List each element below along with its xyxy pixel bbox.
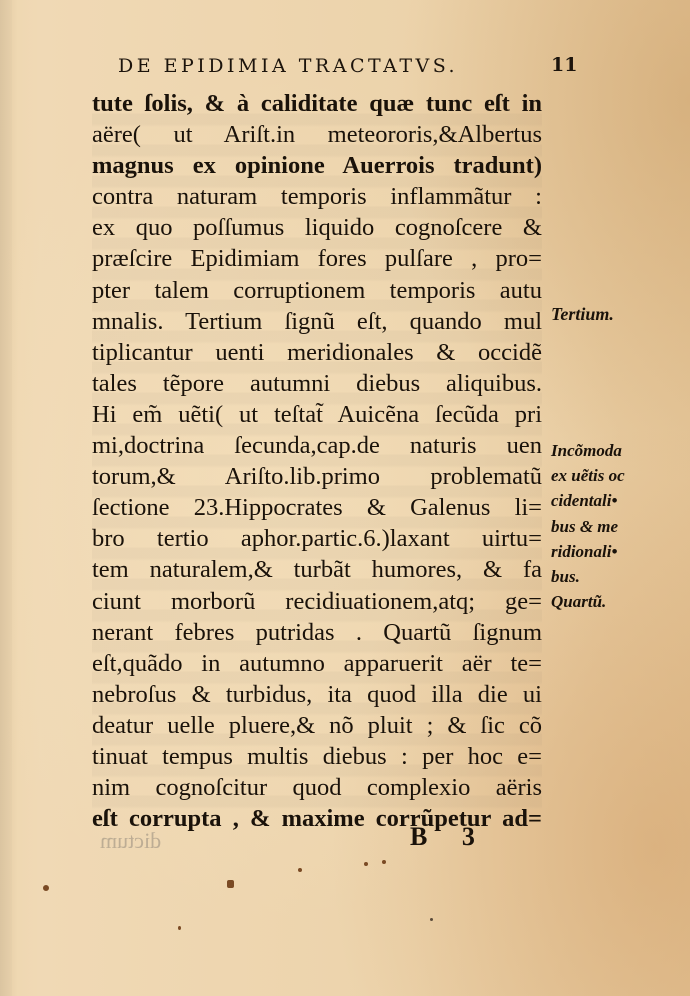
margin-note-line: bus & me	[551, 514, 625, 539]
text-line: Hi em̃ uẽti( ut teſtat̃ Auicẽna ſecũda p…	[92, 399, 542, 430]
text-line: magnus ex opinione Auerrois tradunt)	[92, 150, 542, 181]
margin-note-incommoda: Incõmoda ex uẽtis oc cidentali• bus & me…	[551, 438, 625, 614]
text-line: ex quo poſſumus liquido cognoſcere &	[92, 212, 542, 243]
foxing-spot	[364, 862, 368, 866]
page-number: 11	[551, 54, 577, 76]
margin-note-line: Incõmoda	[551, 438, 625, 463]
margin-note-tertium: Tertium.	[551, 304, 614, 325]
text-line: tales tẽpore autumni diebus aliquibus.	[92, 368, 542, 399]
text-line: tem naturalem,& turbãt humores, & fa	[92, 554, 542, 585]
margin-note-line: Quartũ.	[551, 589, 625, 614]
margin-note-line: cidentali•	[551, 488, 625, 513]
text-line: ciunt morborũ recidiuationem,atq; ge=	[92, 586, 542, 617]
body-text: tute ſolis, & à caliditate quæ tunc eſt …	[92, 88, 542, 834]
margin-note-line: ridionali•	[551, 539, 625, 564]
text-line: præſcire Epidimiam fores pulſare , pro=	[92, 243, 542, 274]
running-head: DE EPIDIMIA TRACTATVS.	[118, 55, 458, 77]
text-line: mi,doctrina ſecunda,cap.de naturis uen	[92, 430, 542, 461]
text-line: contra naturam temporis inflammãtur :	[92, 181, 542, 212]
text-line: tiplicantur uenti meridionales & occidẽ	[92, 337, 542, 368]
bleed-through-text: dictum	[100, 828, 161, 854]
text-line: ſectione 23.Hippocrates & Galenus li=	[92, 492, 542, 523]
text-line: nim cognoſcitur quod complexio aëris	[92, 772, 542, 803]
text-line: nebroſus & turbidus, ita quod illa die u…	[92, 679, 542, 710]
text-line: aëre( ut Ariſt.in meteororis,&Albertus	[92, 119, 542, 150]
margin-note-line: bus.	[551, 564, 625, 589]
text-line: nerant febres putridas . Quartũ ſignum	[92, 617, 542, 648]
gutter-edge	[0, 0, 12, 996]
foxing-spot	[298, 868, 302, 872]
foxing-spot	[430, 918, 433, 921]
foxing-spot	[178, 926, 181, 930]
text-line: eſt,quãdo in autumno apparuerit aër te=	[92, 648, 542, 679]
foxing-spot	[382, 860, 386, 864]
foxing-spot	[227, 880, 234, 888]
text-line: mnalis. Tertium ſignũ eſt, quando mul	[92, 306, 542, 337]
text-line: tute ſolis, & à caliditate quæ tunc eſt …	[92, 88, 542, 119]
text-line: tinuat tempus multis diebus : per hoc e=	[92, 741, 542, 772]
signature-mark: B 3	[410, 822, 489, 852]
text-line: deatur uelle pluere,& nõ pluit ; & ſic c…	[92, 710, 542, 741]
text-line: bro tertio aphor.partic.6.)laxant uirtu=	[92, 523, 542, 554]
text-line: torum,& Ariſto.lib.primo problematũ	[92, 461, 542, 492]
margin-note-line: ex uẽtis oc	[551, 463, 625, 488]
foxing-spot	[43, 885, 49, 891]
text-line: pter talem corruptionem temporis autu	[92, 275, 542, 306]
book-page: DE EPIDIMIA TRACTATVS. 11 tute ſolis, & …	[0, 0, 690, 996]
